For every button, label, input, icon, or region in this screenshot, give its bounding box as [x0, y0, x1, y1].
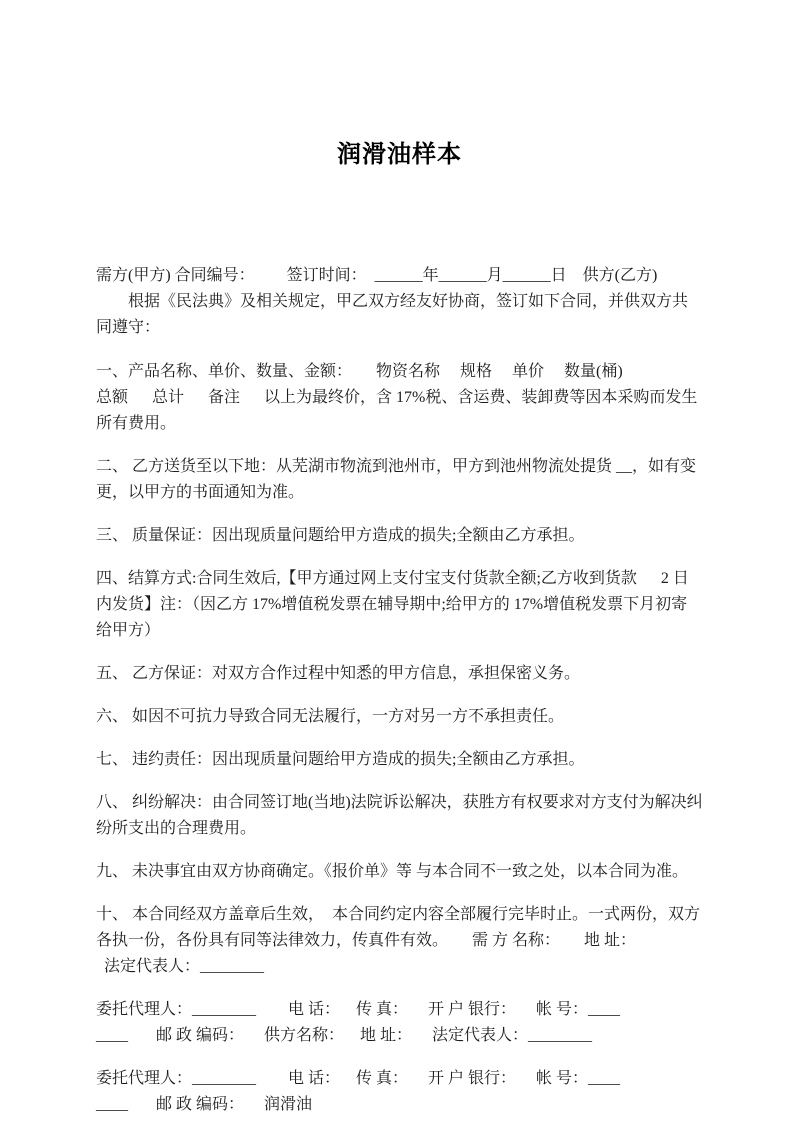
clause-8: 八、 纠纷解决：由合同签订地(当地)法院诉讼解决，获胜方有权要求对方支付为解决纠…	[96, 790, 703, 842]
clause-7: 七、 违约责任：因出现质量问题给甲方造成的损失;全额由乙方承担。	[96, 747, 703, 773]
supplier-signature-block: 委托代理人：________ 电 话： 传 真： 开 户 银行： 帐 号：___…	[96, 1066, 703, 1118]
clause-6: 六、 如因不可抗力导致合同无法履行，一方对另一方不承担责任。	[96, 704, 703, 730]
contract-page: 润滑油样本 需方(甲方) 合同编号： 签订时间： ______年______月_…	[0, 0, 793, 1122]
clause-1: 一、产品名称、单价、数量、金额： 物资名称 规格 单价 数量(桶) 总额 总计 …	[96, 359, 703, 437]
clause-3: 三、 质量保证：因出现质量问题给甲方造成的损失;全额由乙方承担。	[96, 523, 703, 549]
buyer-signature-block: 委托代理人：________ 电 话： 传 真： 开 户 银行： 帐 号：___…	[96, 997, 703, 1049]
contract-header-line: 需方(甲方) 合同编号： 签订时间： ______年______月______日…	[96, 263, 703, 289]
clause-2: 二、 乙方送货至以下地：从芜湖市物流到池州市，甲方到池州物流处提货 __，如有变…	[96, 454, 703, 506]
contract-basis-line: 根据《民法典》及相关规定，甲乙双方经友好协商，签订如下合同，并供双方共同遵守：	[96, 289, 703, 341]
clause-10: 十、 本合同经双方盖章后生效， 本合同约定内容全部履行完毕时止。一式两份，双方各…	[96, 902, 703, 980]
clause-4: 四、结算方式:合同生效后,【甲方通过网上支付宝支付货款全额;乙方收到货款 2 日…	[96, 566, 703, 644]
document-title: 润滑油样本	[96, 140, 703, 170]
clause-5: 五、 乙方保证：对双方合作过程中知悉的甲方信息，承担保密义务。	[96, 661, 703, 687]
clause-9: 九、 未决事宜由双方协商确定。《报价单》等 与本合同不一致之处，以本合同为准。	[96, 859, 703, 885]
